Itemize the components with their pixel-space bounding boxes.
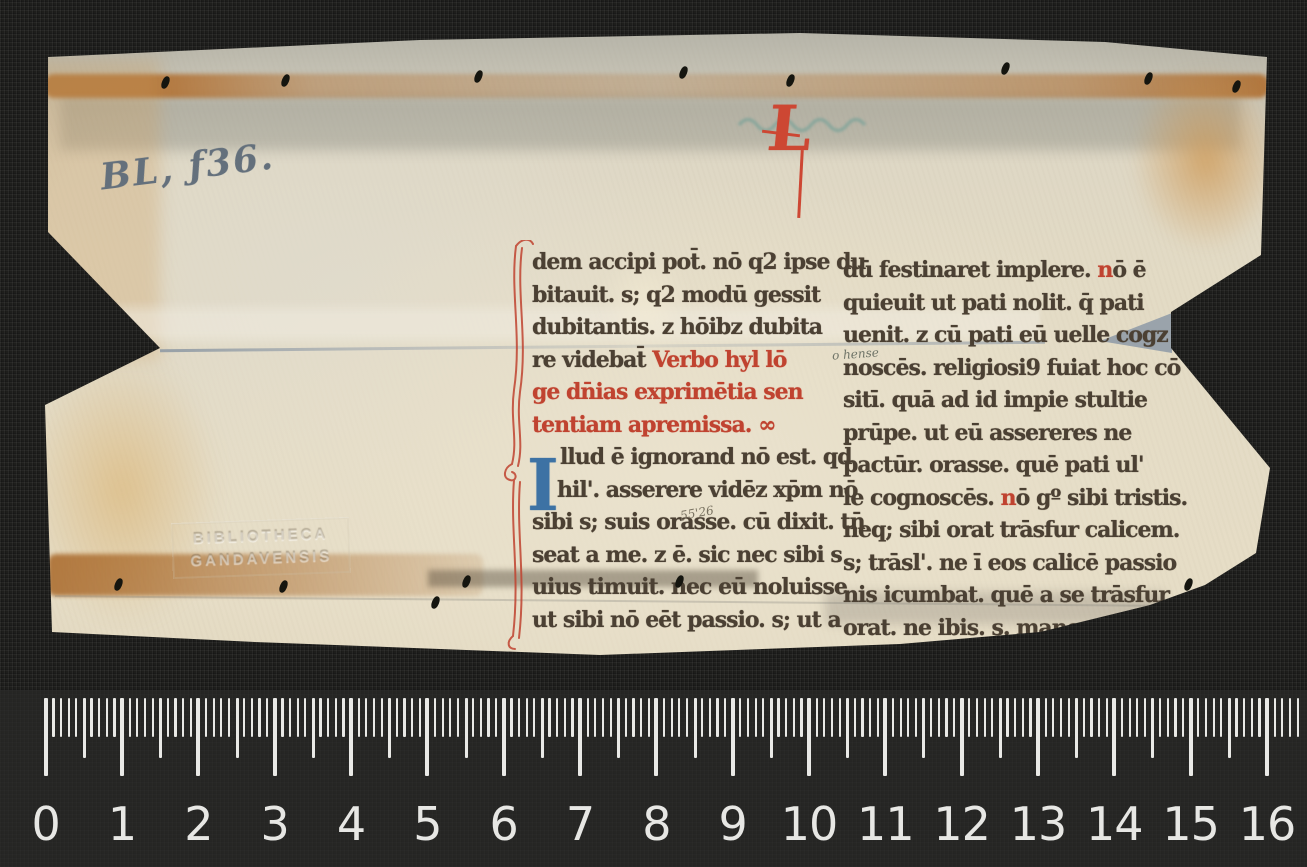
ruler-tick	[892, 698, 894, 737]
ruler-tick	[640, 698, 642, 737]
ruler-tick	[1220, 698, 1222, 737]
ruler-tick	[487, 698, 489, 737]
manuscript-text-line: uius timuit. nec eū noluisse	[532, 571, 844, 604]
ruler-tick	[495, 698, 497, 737]
ruler-tick	[945, 698, 947, 737]
digitized-manuscript-photo: BL, ƒ36. L I dem accipi pot̄. nō q2 ips…	[0, 0, 1307, 867]
ruler-tick	[1052, 698, 1054, 737]
ruler-tick	[434, 698, 436, 737]
manuscript-text-line: seat a me. z ē. sic nec sibi s	[532, 539, 844, 572]
ruler-tick	[632, 698, 634, 737]
text-segment-ink: s; trāsl'. ne ī eos calicē passio	[843, 550, 1176, 576]
ruler-tick	[1014, 698, 1016, 737]
ruler-tick	[1106, 698, 1108, 737]
ruler-tick	[1167, 698, 1169, 737]
ruler-number: 10	[781, 797, 838, 851]
ruler-tick	[839, 698, 841, 737]
text-segment-ink: neq; sibi orat trāsfur calicem.	[843, 517, 1179, 543]
ruler-tick	[457, 698, 459, 737]
text-column-right: dū festinaret implere. nō ēquieuit ut…	[843, 254, 1158, 644]
text-segment-ink: noscēs. religiosi9 fuiat hoc cō	[843, 355, 1180, 381]
ruler-number: 6	[490, 797, 518, 851]
ruler-tick	[1075, 698, 1078, 758]
ruler-tick	[472, 698, 474, 737]
ruler-number: 4	[337, 797, 365, 851]
ruler-tick	[1297, 698, 1299, 737]
ruler-tick	[663, 698, 665, 737]
ruler-tick	[129, 698, 131, 737]
ruler-tick	[1213, 698, 1215, 737]
manuscript-text-line: s; trāsl'. ne ī eos calicē passio	[843, 547, 1158, 580]
ruler-tick	[258, 698, 260, 737]
ruler-tick	[587, 698, 589, 737]
ruler-tick	[243, 698, 245, 737]
ruler-tick	[1205, 698, 1207, 737]
ruler-tick	[411, 698, 413, 737]
ruler-tick	[755, 698, 757, 737]
ruler-tick	[152, 698, 154, 737]
ruler-tick	[1197, 698, 1199, 737]
ruler-tick	[984, 698, 986, 737]
ruler-tick	[1022, 698, 1024, 737]
manuscript-text-line: ut sibi nō eēt passio. s; ut a	[532, 604, 844, 637]
ruler-tick	[526, 698, 528, 737]
ruler-tick	[571, 698, 573, 737]
ruler-tick	[731, 698, 735, 776]
ruler-number: 13	[1010, 797, 1067, 851]
ruler-tick	[273, 698, 277, 776]
text-segment-ink: sitī. quā ad id impie stultie	[843, 387, 1147, 413]
text-segment-red: n	[1097, 257, 1112, 283]
manuscript-text-line: llud ē ignorand nō est. qd̄	[532, 441, 844, 474]
ruler-tick	[922, 698, 925, 758]
ruler-tick	[1006, 698, 1008, 737]
rubric-paraph-initial: L	[764, 92, 815, 165]
manuscript-text-line: nis icumbat. quē a se trāsfur	[843, 579, 1158, 612]
text-segment-ink: le cognoscēs.	[843, 485, 1001, 511]
manuscript-text-line: dem accipi pot̄. nō q2 ipse du	[532, 246, 844, 279]
manuscript-text-line: prūpe. ut eū assereres ne	[843, 417, 1158, 450]
ruler-tick	[1136, 698, 1138, 737]
ruler-tick	[777, 698, 779, 737]
ruler-tick	[419, 698, 421, 737]
ruler-tick	[144, 698, 146, 737]
ruler-tick	[953, 698, 955, 737]
ruler-tick	[686, 698, 688, 737]
ruler-tick	[648, 698, 650, 737]
ruler-tick	[968, 698, 970, 737]
text-segment-red: ∕	[1115, 615, 1122, 641]
ruler-tick	[1083, 698, 1085, 737]
manuscript-text-line: le cognoscēs. nō gº sibi tristis.	[843, 482, 1158, 515]
ruler-tick	[236, 698, 239, 758]
ruler-tick	[1159, 698, 1161, 737]
ruler-tick	[174, 698, 176, 737]
text-segment-ink: llud ē ignorand nō est. qd̄	[560, 444, 852, 470]
ruler-tick	[739, 698, 741, 737]
ruler-tick	[785, 698, 787, 737]
ruler-tick	[159, 698, 162, 758]
manuscript-text-line: bitauit. s; q2 modū gessit	[532, 279, 844, 312]
ruler-tick	[930, 698, 932, 737]
manuscript-text-line: hil'. asserere vidēz xp̄m nō	[532, 474, 844, 507]
text-segment-ink: ut sibi nō eēt passio. s; ut a	[532, 607, 841, 633]
text-segment-ink: bitauit. s; q2 modū gessit	[532, 282, 820, 308]
ruler-tick	[900, 698, 902, 737]
ruler-tick	[136, 698, 138, 737]
text-segment-ink: nō	[1122, 615, 1151, 641]
text-segment-ink: ō ē	[1112, 257, 1145, 283]
text-segment-red: tentiam apremissa. ∞	[532, 412, 775, 438]
ruler-tick	[449, 698, 451, 737]
ruler-tick	[266, 698, 268, 737]
ruler-tick	[52, 698, 54, 737]
ruler-tick	[465, 698, 468, 758]
ruler-tick	[502, 698, 506, 776]
text-segment-ink: uius timuit. nec eū noluisse	[532, 574, 847, 600]
text-segment-ink: prūpe. ut eū assereres ne	[843, 420, 1131, 446]
ruler-tick	[960, 698, 964, 776]
ruler-tick	[654, 698, 658, 776]
ruler-tick	[319, 698, 321, 737]
ruler-tick	[1068, 698, 1070, 737]
manuscript-text-line: ge dn̄ias exprimētia sen	[532, 376, 844, 409]
ruler-number: 0	[32, 797, 60, 851]
text-segment-ink: re videbat̄	[532, 347, 652, 373]
text-segment-red: n	[1001, 485, 1016, 511]
stamp-line-2: GANDAVENSIS	[176, 545, 347, 573]
ruler-number: 3	[261, 797, 289, 851]
ruler-tick	[373, 698, 375, 737]
ruler-tick	[358, 698, 360, 737]
ruler-tick	[907, 698, 909, 737]
text-segment-ink: nis icumbat. quē a se trāsfur	[843, 582, 1169, 608]
text-segment-ink: dubitantis. z hōibz dubita	[532, 314, 822, 340]
ruler-tick	[510, 698, 512, 737]
ruler-number: 8	[642, 797, 670, 851]
ruler-tick	[548, 698, 550, 737]
ruler-tick	[807, 698, 811, 776]
ruler-tick	[196, 698, 200, 776]
text-segment-red: Verbo hyl lō	[652, 347, 786, 373]
manuscript-text-line: uenit. z cū pati eū uelle cogz	[843, 319, 1158, 352]
ruler-number: 9	[719, 797, 747, 851]
ruler-tick	[1174, 698, 1176, 737]
ruler-tick	[1274, 698, 1276, 737]
ruler-tick	[617, 698, 620, 758]
text-segment-ink: uenit. z cū pati eū uelle cogz	[843, 322, 1168, 348]
ruler-tick	[556, 698, 558, 737]
ruler-tick	[602, 698, 604, 737]
ruler-tick	[190, 698, 192, 737]
ruler-tick	[701, 698, 703, 737]
ruler-tick	[83, 698, 86, 758]
ruler-tick	[68, 698, 70, 737]
ruler-tick	[113, 698, 115, 737]
ruler-tick	[335, 698, 337, 737]
ruler-tick	[625, 698, 627, 737]
ruler-tick	[120, 698, 124, 776]
manuscript-text-line: re videbat̄ Verbo hyl lō	[532, 344, 844, 377]
ruler-tick	[846, 698, 849, 758]
ruler-tick	[999, 698, 1002, 758]
ruler-tick	[396, 698, 398, 737]
ruler-tick	[991, 698, 993, 737]
ruler-tick	[671, 698, 673, 737]
ruler-tick	[1144, 698, 1146, 737]
ruler-tick	[747, 698, 749, 737]
ruler-tick	[442, 698, 444, 737]
ruler-tick	[251, 698, 253, 737]
ruler-tick	[480, 698, 482, 737]
ruler-tick	[388, 698, 391, 758]
ruler-tick	[281, 698, 283, 737]
ruler-tick	[60, 698, 62, 737]
ruler-tick	[1129, 698, 1131, 737]
ruler-tick	[883, 698, 887, 776]
ruler-tick	[1289, 698, 1291, 737]
text-segment-ink: dū festinaret implere.	[843, 257, 1097, 283]
ruler-tick	[365, 698, 367, 737]
text-segment-ink: quieuit ut pati nolit. q̄ pati	[843, 290, 1144, 316]
ruler-tick	[854, 698, 856, 737]
ruler-tick	[1265, 698, 1269, 776]
ruler-tick	[44, 698, 48, 776]
manuscript-text-line: quieuit ut pati nolit. q̄ pati	[843, 287, 1158, 320]
manuscript-text-line: dū festinaret implere. nō ē	[843, 254, 1158, 287]
ruler-tick	[297, 698, 299, 737]
ruler-tick	[1258, 698, 1260, 737]
ruler-tick	[1029, 698, 1031, 737]
ruler-tick	[800, 698, 802, 737]
ruler-tick	[1182, 698, 1184, 737]
ruler-number: 2	[184, 797, 212, 851]
ruler-tick	[518, 698, 520, 737]
ruler-tick	[75, 698, 77, 737]
ruler-tick	[304, 698, 306, 737]
ruler-tick	[869, 698, 871, 737]
text-column-left: dem accipi pot̄. nō q2 ipse dubitauit. …	[532, 246, 844, 636]
ruler-tick	[1228, 698, 1231, 758]
ruler-tick	[220, 698, 222, 737]
ruler-tick	[938, 698, 940, 737]
ruler-tick	[793, 698, 795, 737]
ruler-tick	[877, 698, 879, 737]
text-segment-ink: seat a me. z ē. sic nec sibi s	[532, 542, 842, 568]
measurement-ruler: 012345678910111213141516	[0, 690, 1307, 867]
ruler-tick	[1151, 698, 1154, 758]
manuscript-text-line: neq; sibi orat trāsfur calicem.	[843, 514, 1158, 547]
ruler-tick	[1251, 698, 1253, 737]
ruler-tick	[182, 698, 184, 737]
manuscript-text-line: orat. ne ibis. s. maneat. ∕nō	[843, 612, 1158, 645]
ruler-tick	[533, 698, 535, 737]
ruler-tick	[289, 698, 291, 737]
ruler-number: 5	[413, 797, 441, 851]
manuscript-text-line: pactūr. orasse. quē pati ul'	[843, 449, 1158, 482]
text-segment-red: ge dn̄ias exprimētia sen	[532, 379, 803, 405]
ruler-number: 12	[933, 797, 990, 851]
ruler-tick	[861, 698, 863, 737]
ruler-tick	[1036, 698, 1040, 776]
ruler-tick	[831, 698, 833, 737]
ruler-tick	[106, 698, 108, 737]
ruler-tick	[90, 698, 92, 737]
ruler-tick	[205, 698, 207, 737]
ruler-number: 11	[857, 797, 914, 851]
ruler-tick	[1189, 698, 1193, 776]
ruler-tick	[312, 698, 315, 758]
text-segment-ink: pactūr. orasse. quē pati ul'	[843, 452, 1144, 478]
ruler-tick	[816, 698, 818, 737]
ruler-number: 1	[108, 797, 136, 851]
ruler-tick	[1045, 698, 1047, 737]
ruler-tick	[349, 698, 353, 776]
ruler-tick	[1243, 698, 1245, 737]
manuscript-text-line: noscēs. religiosi9 fuiat hoc cō	[843, 352, 1158, 385]
ruler-tick	[425, 698, 429, 776]
ruler-tick	[578, 698, 582, 776]
ruler-tick	[381, 698, 383, 737]
text-segment-ink: ō gº sibi tristis.	[1016, 485, 1188, 511]
ruler-tick	[1281, 698, 1283, 737]
ruler-number: 16	[1239, 797, 1296, 851]
ruler-tick	[541, 698, 544, 758]
ruler-tick	[823, 698, 825, 737]
manuscript-text-line: sitī. quā ad id impie stultie	[843, 384, 1158, 417]
ruler-tick	[716, 698, 718, 737]
ruler-tick	[770, 698, 773, 758]
ruler-number: 7	[566, 797, 594, 851]
ruler-tick	[167, 698, 169, 737]
manuscript-text-line: tentiam apremissa. ∞	[532, 409, 844, 442]
ruler-tick	[678, 698, 680, 737]
ruler-tick	[327, 698, 329, 737]
ruler-tick	[694, 698, 697, 758]
ruler-tick	[594, 698, 596, 737]
ruler-tick	[915, 698, 917, 737]
embossed-library-stamp: BIBLIOTHECA GANDAVENSIS	[171, 517, 351, 579]
ruler-tick	[1060, 698, 1062, 737]
ruler-tick	[724, 698, 726, 737]
ruler-tick	[213, 698, 215, 737]
ruler-tick	[1235, 698, 1237, 737]
ruler-tick	[342, 698, 344, 737]
ruler-tick	[564, 698, 566, 737]
ruler-tick	[1098, 698, 1100, 737]
ruler-tick	[403, 698, 405, 737]
ruler-tick	[762, 698, 764, 737]
ruler-tick	[610, 698, 612, 737]
text-segment-ink: orat. ne ibis. s. maneat.	[843, 615, 1115, 641]
text-segment-ink: hil'. asserere vidēz xp̄m nō	[557, 477, 857, 503]
ruler-tick	[1121, 698, 1123, 737]
ruler-tick	[98, 698, 100, 737]
ruler-tick	[228, 698, 230, 737]
manuscript-text-line: dubitantis. z hōibz dubita	[532, 311, 844, 344]
ruler-tick	[1090, 698, 1092, 737]
text-segment-ink: dem accipi pot̄. nō q2 ipse du	[532, 249, 866, 275]
ruler-number: 15	[1162, 797, 1219, 851]
ruler-tick	[1112, 698, 1116, 776]
ruler-tick	[976, 698, 978, 737]
ruler-number: 14	[1086, 797, 1143, 851]
ruler-tick	[709, 698, 711, 737]
